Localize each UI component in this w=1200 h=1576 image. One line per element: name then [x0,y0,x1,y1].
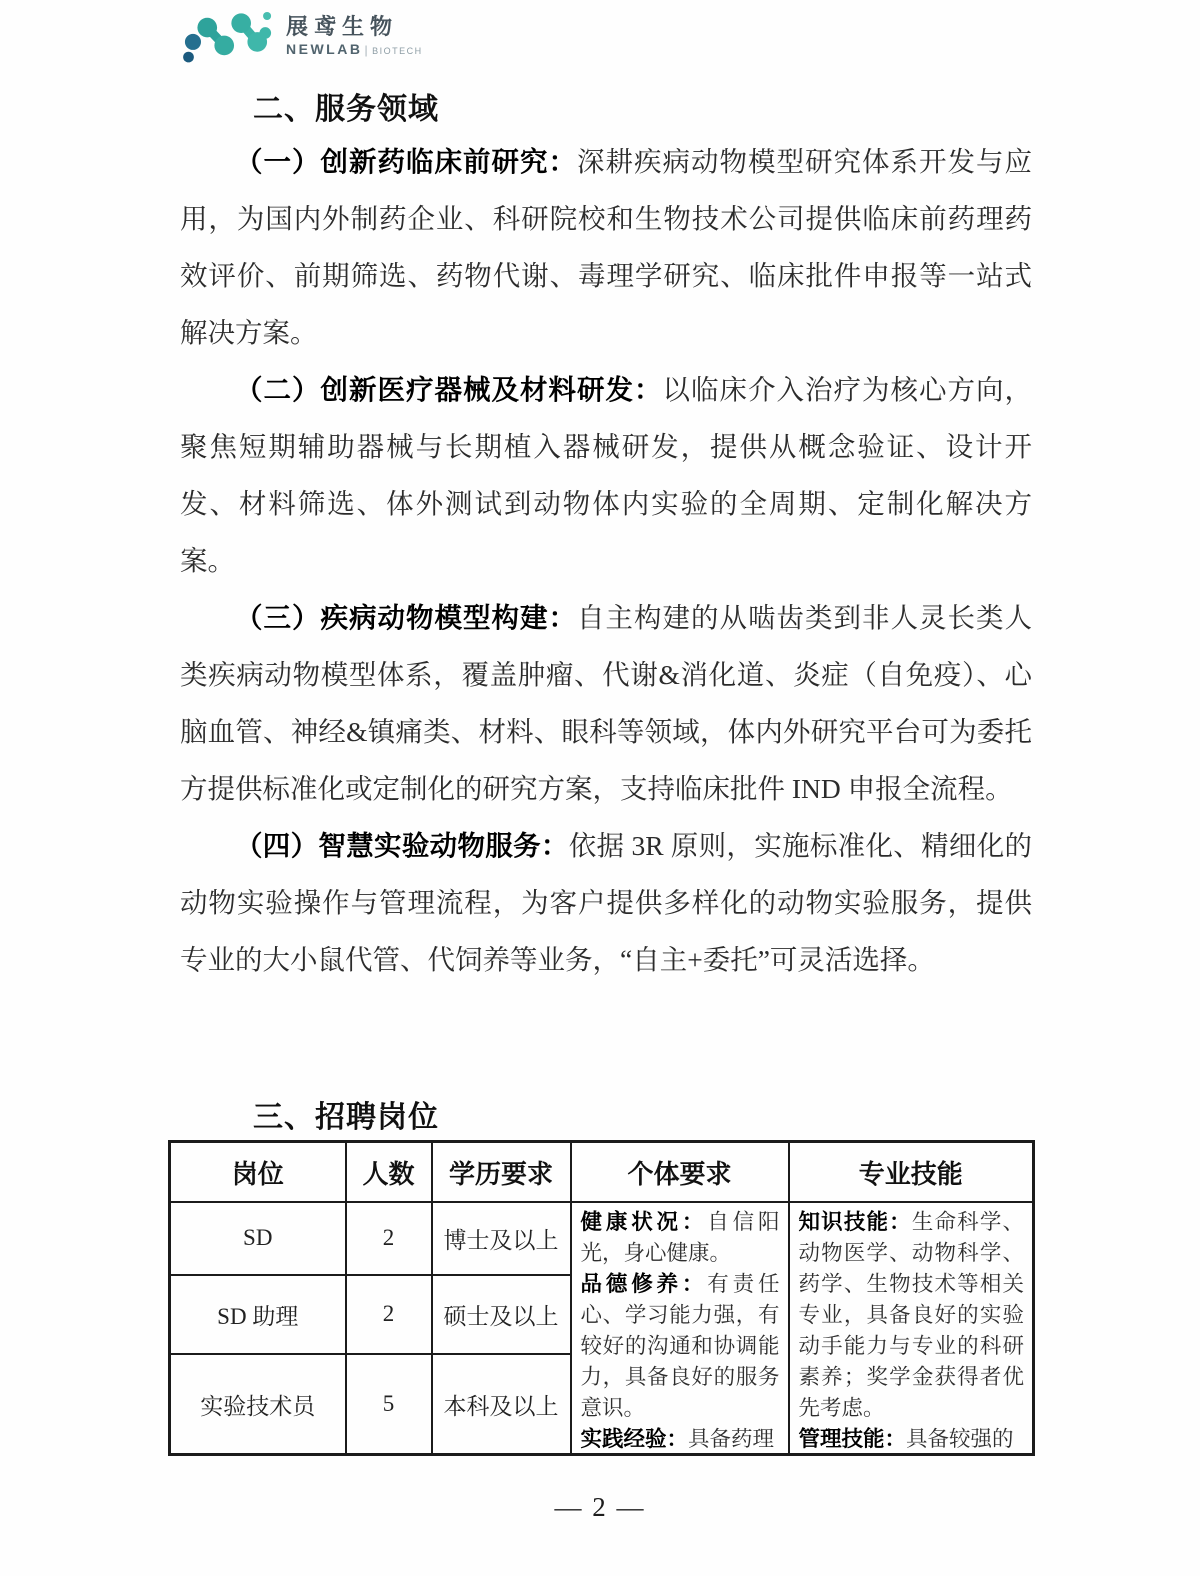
table-header-cell: 个体要求 [571,1142,789,1203]
table-header-cell: 学历要求 [432,1142,571,1203]
company-name-en: NEWLAB | BIOTECH [286,42,423,57]
company-name-en-main: NEWLAB [286,42,362,57]
service-paragraph: （三）疾病动物模型构建：自主构建的从啮齿类到非人灵长类人类疾病动物模型体系，覆盖… [180,589,1032,817]
service-paragraph: （一）创新药临床前研究：深耕疾病动物模型研究体系开发与应用，为国内外制药企业、科… [180,133,1032,361]
paragraph-lead: （四）智慧实验动物服务： [235,830,569,861]
document-page: 展鸢生物 NEWLAB | BIOTECH 二、服务领域 （一）创新药临床前研究… [0,0,1200,1576]
requirement-segment: 实践经验：具备药理 [581,1424,780,1453]
segment-label: 实践经验： [581,1427,689,1451]
personal-requirements-cell-content: 健康状况：自信阳光，身心健康。 品德修养：有责任心、学习能力强，有较好的沟通和协… [572,1203,788,1453]
position-cell: SD [170,1202,346,1275]
paragraph-lead: （二）创新医疗器械及材料研发： [235,374,663,405]
table-header-cell: 专业技能 [789,1142,1034,1203]
molecule-dots-icon [176,8,276,74]
requirement-segment: 管理技能：具备较强的 [799,1424,1025,1453]
segment-label: 管理技能： [799,1427,907,1451]
professional-skills-cell-content: 知识技能：生命科学、动物医学、动物科学、药学、生物技术等相关专业，具备良好的实验… [790,1203,1033,1453]
page-number: — 2 — [0,1492,1200,1523]
table-header-cell: 人数 [346,1142,432,1203]
paragraph-lead: （三）疾病动物模型构建： [235,602,577,633]
segment-label: 知识技能： [799,1210,912,1234]
table-header-cell: 岗位 [170,1142,346,1203]
position-cell: SD 助理 [170,1275,346,1355]
personal-requirements-cell: 健康状况：自信阳光，身心健康。 品德修养：有责任心、学习能力强，有较好的沟通和协… [571,1202,789,1455]
service-paragraph: （二）创新医疗器械及材料研发：以临床介入治疗为核心方向，聚焦短期辅助器械与长期植… [180,361,1032,589]
section-heading-services: 二、服务领域 [253,84,439,128]
requirement-segment: 知识技能：生命科学、动物医学、动物科学、药学、生物技术等相关专业，具备良好的实验… [799,1207,1025,1424]
education-cell: 博士及以上 [432,1202,571,1275]
company-logo: 展鸢生物 NEWLAB | BIOTECH [176,6,423,74]
education-cell: 硕士及以上 [432,1275,571,1355]
count-cell: 2 [346,1202,432,1275]
recruitment-table: 岗位人数学历要求个体要求专业技能 SD2博士及以上 健康状况：自信阳光，身心健康… [168,1140,1035,1456]
section-heading-positions: 三、招聘岗位 [253,1092,439,1136]
requirement-segment: 品德修养：有责任心、学习能力强，有较好的沟通和协调能力，具备良好的服务意识。 [581,1269,780,1424]
count-cell: 2 [346,1275,432,1355]
company-name-en-suffix: BIOTECH [372,47,423,57]
segment-label: 品德修养： [581,1272,708,1296]
table-header-row: 岗位人数学历要求个体要求专业技能 [170,1142,1034,1203]
paragraphs: （一）创新药临床前研究：深耕疾病动物模型研究体系开发与应用，为国内外制药企业、科… [180,133,1032,1108]
paragraph-lead: （一）创新药临床前研究： [235,146,577,177]
segment-text: 生命科学、动物医学、动物科学、药学、生物技术等相关专业，具备良好的实验动手能力与… [799,1210,1025,1420]
professional-skills-cell: 知识技能：生命科学、动物医学、动物科学、药学、生物技术等相关专业，具备良好的实验… [789,1202,1034,1455]
requirement-segment: 健康状况：自信阳光，身心健康。 [581,1207,780,1269]
segment-label: 健康状况： [581,1210,708,1234]
position-cell: 实验技术员 [170,1354,346,1454]
table-row: SD2博士及以上 健康状况：自信阳光，身心健康。 品德修养：有责任心、学习能力强… [170,1202,1034,1275]
count-cell: 5 [346,1354,432,1454]
recruitment-table-wrap: 岗位人数学历要求个体要求专业技能 SD2博士及以上 健康状况：自信阳光，身心健康… [168,1140,1035,1456]
education-cell: 本科及以上 [432,1354,571,1454]
logo-separator: | [364,44,370,57]
segment-text: 具备药理 [688,1427,774,1451]
service-paragraph: （四）智慧实验动物服务：依据 3R 原则，实施标准化、精细化的动物实验操作与管理… [180,817,1032,988]
segment-text: 具备较强的 [906,1427,1014,1451]
logo-text: 展鸢生物 NEWLAB | BIOTECH [286,6,423,58]
company-name-cn: 展鸢生物 [286,15,423,39]
